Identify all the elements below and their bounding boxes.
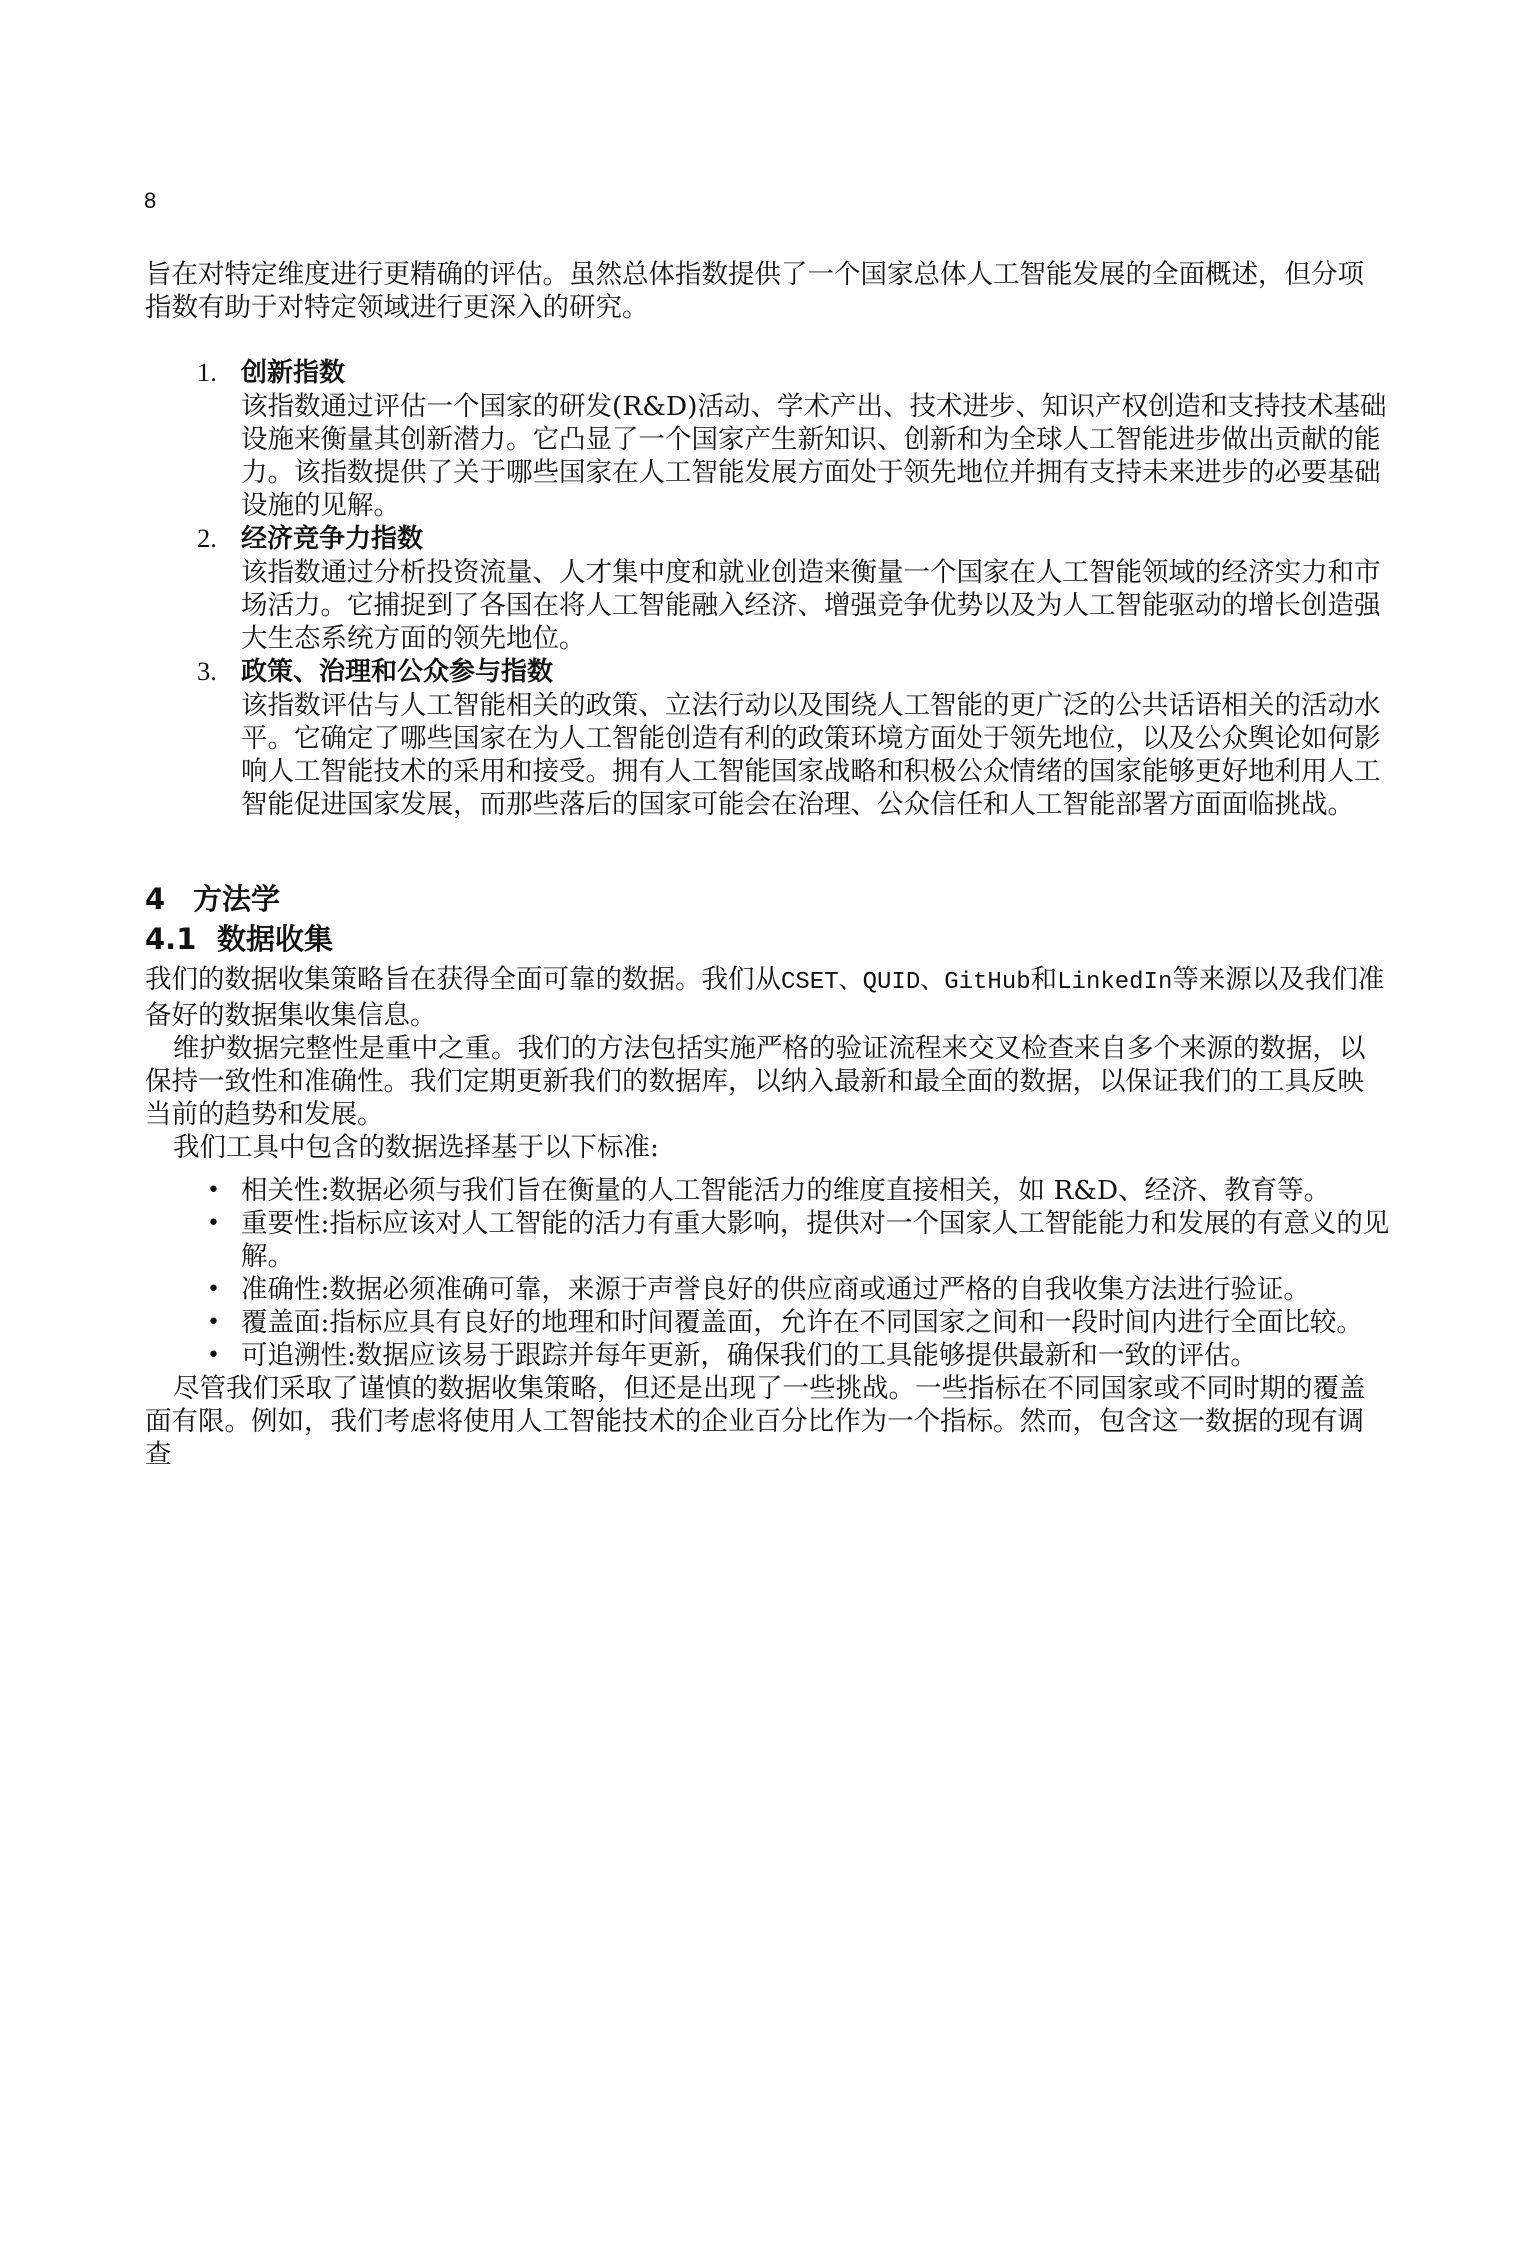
criterion-traceability: • 可追溯性:数据应该易于跟踪并每年更新，确保我们的工具能够提供最新和一致的评估… — [145, 1339, 1390, 1372]
data-sources: CSET、QUID、GitHub — [781, 969, 1031, 996]
page-number: 8 — [144, 188, 156, 214]
criterion-text: 相关性:数据必须与我们旨在衡量的人工智能活力的维度直接相关，如 R&D、经济、教… — [241, 1175, 1330, 1206]
criterion-text: 准确性:数据必须准确可靠，来源于声誉良好的供应商或通过严格的自我收集方法进行验证… — [241, 1274, 1310, 1305]
subsection-heading-data-collection: 4.1数据收集 — [145, 919, 1390, 959]
index-description: 该指数评估与人工智能相关的政策、立法行动以及围绕人工智能的更广泛的公共话语相关的… — [241, 689, 1390, 821]
data-integrity-paragraph: 维护数据完整性是重中之重。我们的方法包括实施严格的验证流程来交叉检查来自多个来源… — [145, 1032, 1390, 1131]
challenges-paragraph: 尽管我们采取了谨慎的数据收集策略，但还是出现了一些挑战。一些指标在不同国家或不同… — [145, 1372, 1390, 1471]
list-number: 1. — [197, 356, 217, 389]
bullet-icon: • — [207, 1273, 220, 1306]
index-title: 创新指数 — [241, 358, 345, 388]
section-heading-methodology: 4方法学 — [145, 879, 1390, 919]
list-item-policy-governance-index: 3. 政策、治理和公众参与指数 该指数评估与人工智能相关的政策、立法行动以及围绕… — [145, 655, 1390, 821]
criterion-importance: • 重要性:指标应该对人工智能的活力有重大影响，提供对一个国家人工智能能力和发展… — [145, 1207, 1390, 1273]
bullet-icon: • — [207, 1339, 220, 1372]
sub-indices-list: 1. 创新指数 该指数通过评估一个国家的研发(R&D)活动、学术产出、技术进步、… — [145, 356, 1390, 821]
list-number: 2. — [197, 522, 217, 555]
text-run: 我们的数据收集策略旨在获得全面可靠的数据。我们从 — [145, 964, 781, 995]
selection-criteria-list: • 相关性:数据必须与我们旨在衡量的人工智能活力的维度直接相关，如 R&D、经济… — [145, 1174, 1390, 1372]
list-number: 3. — [197, 655, 217, 688]
page-content: 旨在对特定维度进行更精确的评估。虽然总体指数提供了一个国家总体人工智能发展的全面… — [145, 258, 1390, 1471]
criterion-text: 重要性:指标应该对人工智能的活力有重大影响，提供对一个国家人工智能能力和发展的有… — [241, 1208, 1389, 1272]
bullet-icon: • — [207, 1207, 220, 1240]
bullet-icon: • — [207, 1306, 220, 1339]
text-run: 和 — [1031, 964, 1058, 995]
intro-paragraph: 旨在对特定维度进行更精确的评估。虽然总体指数提供了一个国家总体人工智能发展的全面… — [145, 258, 1390, 324]
criterion-relevance: • 相关性:数据必须与我们旨在衡量的人工智能活力的维度直接相关，如 R&D、经济… — [145, 1174, 1390, 1207]
index-title: 经济竞争力指数 — [241, 524, 423, 554]
bullet-icon: • — [207, 1174, 220, 1207]
criterion-accuracy: • 准确性:数据必须准确可靠，来源于声誉良好的供应商或通过严格的自我收集方法进行… — [145, 1273, 1390, 1306]
criterion-coverage: • 覆盖面:指标应具有良好的地理和时间覆盖面，允许在不同国家之间和一段时间内进行… — [145, 1306, 1390, 1339]
criterion-text: 可追溯性:数据应该易于跟踪并每年更新，确保我们的工具能够提供最新和一致的评估。 — [241, 1340, 1257, 1371]
list-item-innovation-index: 1. 创新指数 该指数通过评估一个国家的研发(R&D)活动、学术产出、技术进步、… — [145, 356, 1390, 522]
subsection-title: 数据收集 — [217, 922, 333, 956]
data-source-linkedin: LinkedIn — [1057, 969, 1172, 996]
index-title: 政策、治理和公众参与指数 — [241, 657, 553, 687]
data-collection-paragraph-1: 我们的数据收集策略旨在获得全面可靠的数据。我们从CSET、QUID、GitHub… — [145, 963, 1390, 1032]
section-title: 方法学 — [193, 882, 280, 916]
subsection-number: 4.1 — [145, 919, 217, 959]
selection-criteria-intro: 我们工具中包含的数据选择基于以下标准: — [145, 1131, 1390, 1164]
index-description: 该指数通过评估一个国家的研发(R&D)活动、学术产出、技术进步、知识产权创造和支… — [241, 390, 1390, 522]
criterion-text: 覆盖面:指标应具有良好的地理和时间覆盖面，允许在不同国家之间和一段时间内进行全面… — [241, 1307, 1363, 1338]
list-item-economic-competitiveness-index: 2. 经济竞争力指数 该指数通过分析投资流量、人才集中度和就业创造来衡量一个国家… — [145, 522, 1390, 655]
index-description: 该指数通过分析投资流量、人才集中度和就业创造来衡量一个国家在人工智能领域的经济实… — [241, 556, 1390, 655]
section-number: 4 — [145, 879, 193, 919]
